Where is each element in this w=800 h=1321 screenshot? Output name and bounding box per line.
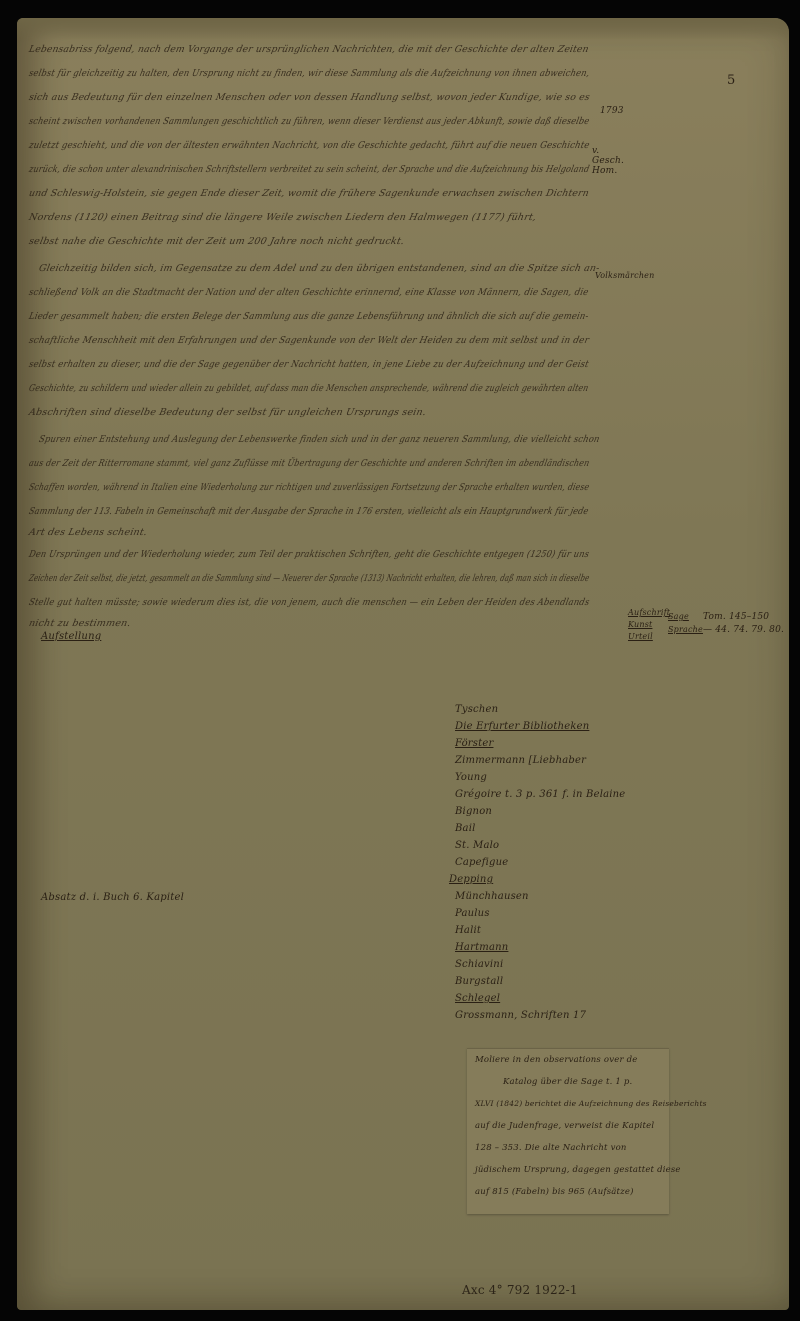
- slip-line: auf 815 (Fabeln) bis 965 (Aufsätze): [475, 1187, 634, 1197]
- text-line: Geschichte, zu schildern und wieder alle…: [28, 383, 590, 394]
- text-line: Gleichzeitig bilden sich, im Gegensatze …: [38, 263, 601, 274]
- list-item: Depping: [449, 874, 493, 885]
- list-item: St. Malo: [455, 840, 499, 851]
- text-line: sich aus Bedeutung für den einzelnen Men…: [28, 92, 591, 103]
- slip-line: Katalog über die Sage t. 1 p.: [503, 1077, 632, 1087]
- text-line: Schaffen worden, während in Italien eine…: [28, 482, 591, 493]
- margin-note-reference: v. Gesch. Hom.: [592, 146, 622, 176]
- text-line: aus der Zeit der Ritterromane stammt, vi…: [28, 458, 591, 469]
- text-line: Abschriften sind dieselbe Bedeutung der …: [28, 407, 427, 418]
- slip-line: jüdischem Ursprung, dagegen gestattet di…: [475, 1165, 681, 1175]
- list-item: Capefigue: [455, 857, 508, 868]
- margin-note-topic: Volksmärchen: [595, 271, 654, 280]
- list-item: Halit: [455, 925, 481, 936]
- manuscript-page: 5 Lebensabriss folgend, nach dem Vorgang…: [17, 18, 789, 1310]
- list-item: Paulus: [455, 908, 490, 919]
- reference-pages: — 44. 74. 79. 80.: [703, 625, 784, 635]
- page-number: 5: [727, 73, 735, 88]
- text-line: zurück, die schon unter alexandrinischen…: [28, 164, 591, 175]
- reference-label: Kunst: [628, 620, 652, 629]
- text-line: selbst erhalten zu dieser, und die der S…: [28, 359, 590, 370]
- slip-line: Moliere in den observations over de: [475, 1055, 638, 1065]
- list-item: Hartmann: [455, 942, 508, 953]
- shelfmark: Axc 4° 792 1922-1: [462, 1283, 578, 1297]
- slip-line: XLVI (1842) berichtet die Aufzeichnung d…: [475, 1099, 707, 1108]
- list-item: Young: [455, 772, 487, 783]
- list-item: Förster: [455, 738, 493, 749]
- margin-note-date: 1793: [600, 106, 624, 116]
- list-item: Die Erfurter Bibliotheken: [455, 721, 589, 732]
- pasted-note-slip: Moliere in den observations over de Kata…: [467, 1048, 669, 1214]
- text-line: nicht zu bestimmen.: [28, 618, 132, 629]
- text-line: Lebensabriss folgend, nach dem Vorgange …: [28, 44, 590, 55]
- text-line: schließend Volk an die Stadtmacht der Na…: [28, 287, 590, 298]
- reference-label: Sprache: [668, 625, 703, 634]
- list-item: Burgstall: [455, 976, 503, 987]
- text-line: scheint zwischen vorhandenen Sammlungen …: [28, 116, 591, 127]
- text-line: Spuren einer Entstehung und Auslegung de…: [38, 434, 601, 445]
- section-heading: Aufstellung: [41, 631, 101, 642]
- list-item: Schlegel: [455, 993, 500, 1004]
- text-line: Art des Lebens scheint.: [28, 527, 148, 538]
- text-line: selbst nahe die Geschichte mit der Zeit …: [28, 236, 405, 247]
- list-item: Grégoire t. 3 p. 361 f. in Belaine: [455, 789, 625, 800]
- list-item: Bignon: [455, 806, 492, 817]
- list-item: Zimmermann [Liebhaber: [455, 755, 586, 766]
- list-item: Bail: [455, 823, 476, 834]
- text-line: und Schleswig-Holstein, sie gegen Ende d…: [28, 188, 590, 199]
- list-item: Grossmann, Schriften 17: [455, 1010, 586, 1021]
- slip-line: 128 – 353. Die alte Nachricht von: [475, 1143, 627, 1153]
- text-line: Den Ursprüngen und der Wiederholung wied…: [28, 549, 590, 560]
- text-line: Nordens (1120) einen Beitrag sind die lä…: [28, 212, 537, 223]
- left-note: Absatz d. i. Buch 6. Kapitel: [41, 892, 184, 903]
- list-item: Münchhausen: [455, 891, 529, 902]
- text-line: Zeichen der Zeit selbst, die jetzt, gesa…: [28, 573, 590, 584]
- list-item: Tyschen: [455, 704, 498, 715]
- text-line: selbst für gleichzeitig zu halten, den U…: [28, 68, 591, 79]
- text-line: zuletzt geschieht, und die von der ältes…: [28, 140, 591, 151]
- reference-label: Urteil: [628, 632, 653, 641]
- slip-line: auf die Judenfrage, verweist die Kapitel: [475, 1121, 654, 1131]
- reference-label: Aufschrift: [628, 608, 670, 617]
- reference-pages: Tom. 145–150: [703, 612, 769, 622]
- text-line: Lieder gesammelt haben; die ersten Beleg…: [28, 311, 590, 322]
- text-line: Sammlung der 113. Fabeln in Gemeinschaft…: [28, 506, 590, 517]
- list-item: Schiavini: [455, 959, 503, 970]
- text-line: Stelle gut halten müsste; sowie wiederum…: [28, 597, 591, 608]
- text-line: schaftliche Menschheit mit den Erfahrung…: [28, 335, 590, 346]
- reference-label: Sage: [668, 612, 689, 621]
